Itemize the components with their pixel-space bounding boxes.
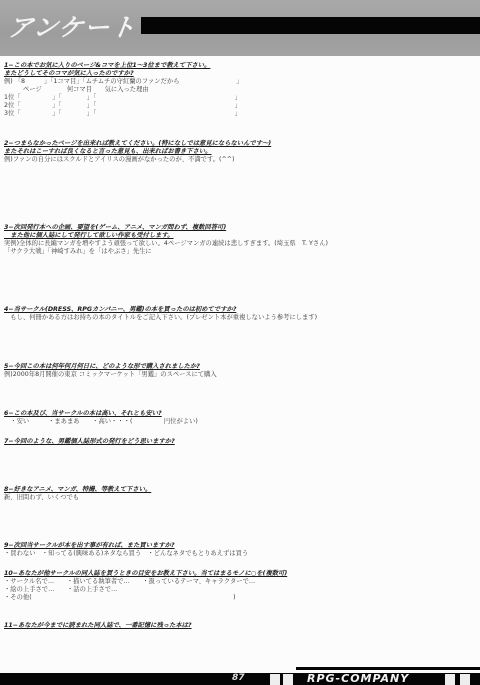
question-3: 3−次回発行本への企画、要望を(ゲーム、アニメ、マンガ問わず、複数回答可) また… [4, 224, 328, 256]
question-title: また他に個人誌にして発行して欲しい作家も受付します。 [4, 232, 328, 240]
answer-example: 例)ファンの自分にはスクルドとアイリスの漫画がなかったのが、不満です。(^^) [4, 156, 271, 164]
page-title: アンケート [5, 8, 139, 44]
answer-example: 例) 「8 」「1コマ目」「ムチムチの守紅蘭のファンだから 」 [4, 78, 242, 86]
header-black-bar [141, 17, 480, 34]
question-title: 3−次回発行本への企画、要望を(ゲーム、アニメ、マンガ問わず、複数回答可) [4, 224, 328, 232]
question-1: 1−この本でお気に入りのページ&コマを上位1〜3位まで教えて下さい。 またどうし… [4, 62, 242, 118]
question-note: 新、旧問わず、いくつでも [4, 494, 151, 502]
question-note: もし、何冊かある方はお持ちの本のタイトルをご記入下さい。(プレゼント本が重複しな… [4, 314, 317, 322]
page-number: 87 [232, 673, 245, 683]
question-title: 2−つまらなかったページを出来れば教えてください。(特になしでは意見にならないん… [4, 140, 271, 148]
answer-field-rank3[interactable]: 3位「 」「 」「 」 [4, 110, 242, 118]
footer-block-icon [283, 674, 293, 685]
question-4: 4−当サークル(DRESS、RPGカンパニー、男鑑)の本を買ったのは初めてですか… [4, 306, 317, 322]
question-9: 9−次回当サークルが本を出す事が有れば、また買いますか? ・買わない ・知ってる… [4, 542, 248, 558]
question-title: 11−あなたが今までに読まれた同人誌で、一番記憶に残った本は? [4, 622, 192, 630]
answer-example: 「サクラ大戦」「神崎すみれ」を「はやぶさ」先生に [4, 248, 328, 256]
question-5: 5−今回この本は何年何月何日に、どのような形で購入されましたか? 例)2000年… [4, 363, 217, 379]
answer-labels: ページ 何コマ目 気に入った理由 [4, 86, 242, 94]
answer-options[interactable]: ・買わない ・知ってる(興味ある)ネタなら買う ・どんなネタでもとりあえずは買う [4, 550, 248, 558]
question-title: 9−次回当サークルが本を出す事が有れば、また買いますか? [4, 542, 248, 550]
question-title: 4−当サークル(DRESS、RPGカンパニー、男鑑)の本を買ったのは初めてですか… [4, 306, 317, 314]
question-title: またそれはこーすれば良くなると言った意見も、出来ればお書き下さい。 [4, 148, 271, 156]
question-title: またどうしてそのコマが気に入ったのですか? [4, 70, 242, 78]
question-11: 11−あなたが今までに読まれた同人誌で、一番記憶に残った本は? [4, 622, 192, 630]
answer-options[interactable]: ・サークル名で… ・描いてる執筆者で… ・扱っているテーマ、キャラクターで… [4, 578, 287, 586]
footer-block-icon [270, 674, 280, 685]
question-title: 1−この本でお気に入りのページ&コマを上位1〜3位まで教えて下さい。 [4, 62, 242, 70]
question-title: 10−あなたが他サークルの同人誌を買うときの目安をお教え下さい。当てはまるモノに… [4, 570, 287, 578]
question-title: 6−この本及び、当サークルの本は高い、それとも安い? [4, 410, 198, 418]
answer-field-rank2[interactable]: 2位「 」「 」「 」 [4, 102, 242, 110]
question-title: 5−今回この本は何年何月何日に、どのような形で購入されましたか? [4, 363, 217, 371]
answer-example: 例)2000年8月開催の東京 コミックマーケット「男鑑」のスペースにて購入 [4, 371, 217, 379]
page-header: アンケート [0, 0, 480, 56]
question-title: 7−今回のような、男鑑個人誌形式の発行をどう思いますか? [4, 438, 175, 446]
answer-options[interactable]: ・安い ・まあまあ ・高い・・・( 円位がよい) [4, 418, 198, 426]
answer-field-rank1[interactable]: 1位「 」「 」「 」 [4, 94, 242, 102]
brand-logo: RPG-COMPANY [307, 672, 409, 685]
footer-block-icon [460, 674, 470, 685]
question-title: 8−好きなアニメ、マンガ、特撮、等教えて下さい。 [4, 486, 151, 494]
answer-field-other[interactable]: ・その他( ) [4, 594, 287, 602]
footer-block-icon [445, 674, 455, 685]
footer-rule [296, 667, 480, 670]
question-7: 7−今回のような、男鑑個人誌形式の発行をどう思いますか? [4, 438, 175, 446]
question-10: 10−あなたが他サークルの同人誌を買うときの目安をお教え下さい。当てはまるモノに… [4, 570, 287, 602]
question-6: 6−この本及び、当サークルの本は高い、それとも安い? ・安い ・まあまあ ・高い… [4, 410, 198, 426]
question-8: 8−好きなアニメ、マンガ、特撮、等教えて下さい。 新、旧問わず、いくつでも [4, 486, 151, 502]
answer-example: 実例)全体的に長編マンガを増やすよう頑張って欲しい。4ページマンガの連続は悲しす… [4, 240, 328, 248]
question-2: 2−つまらなかったページを出来れば教えてください。(特になしでは意見にならないん… [4, 140, 271, 164]
answer-options[interactable]: ・絵の上手さで… ・話の上手さで… [4, 586, 287, 594]
